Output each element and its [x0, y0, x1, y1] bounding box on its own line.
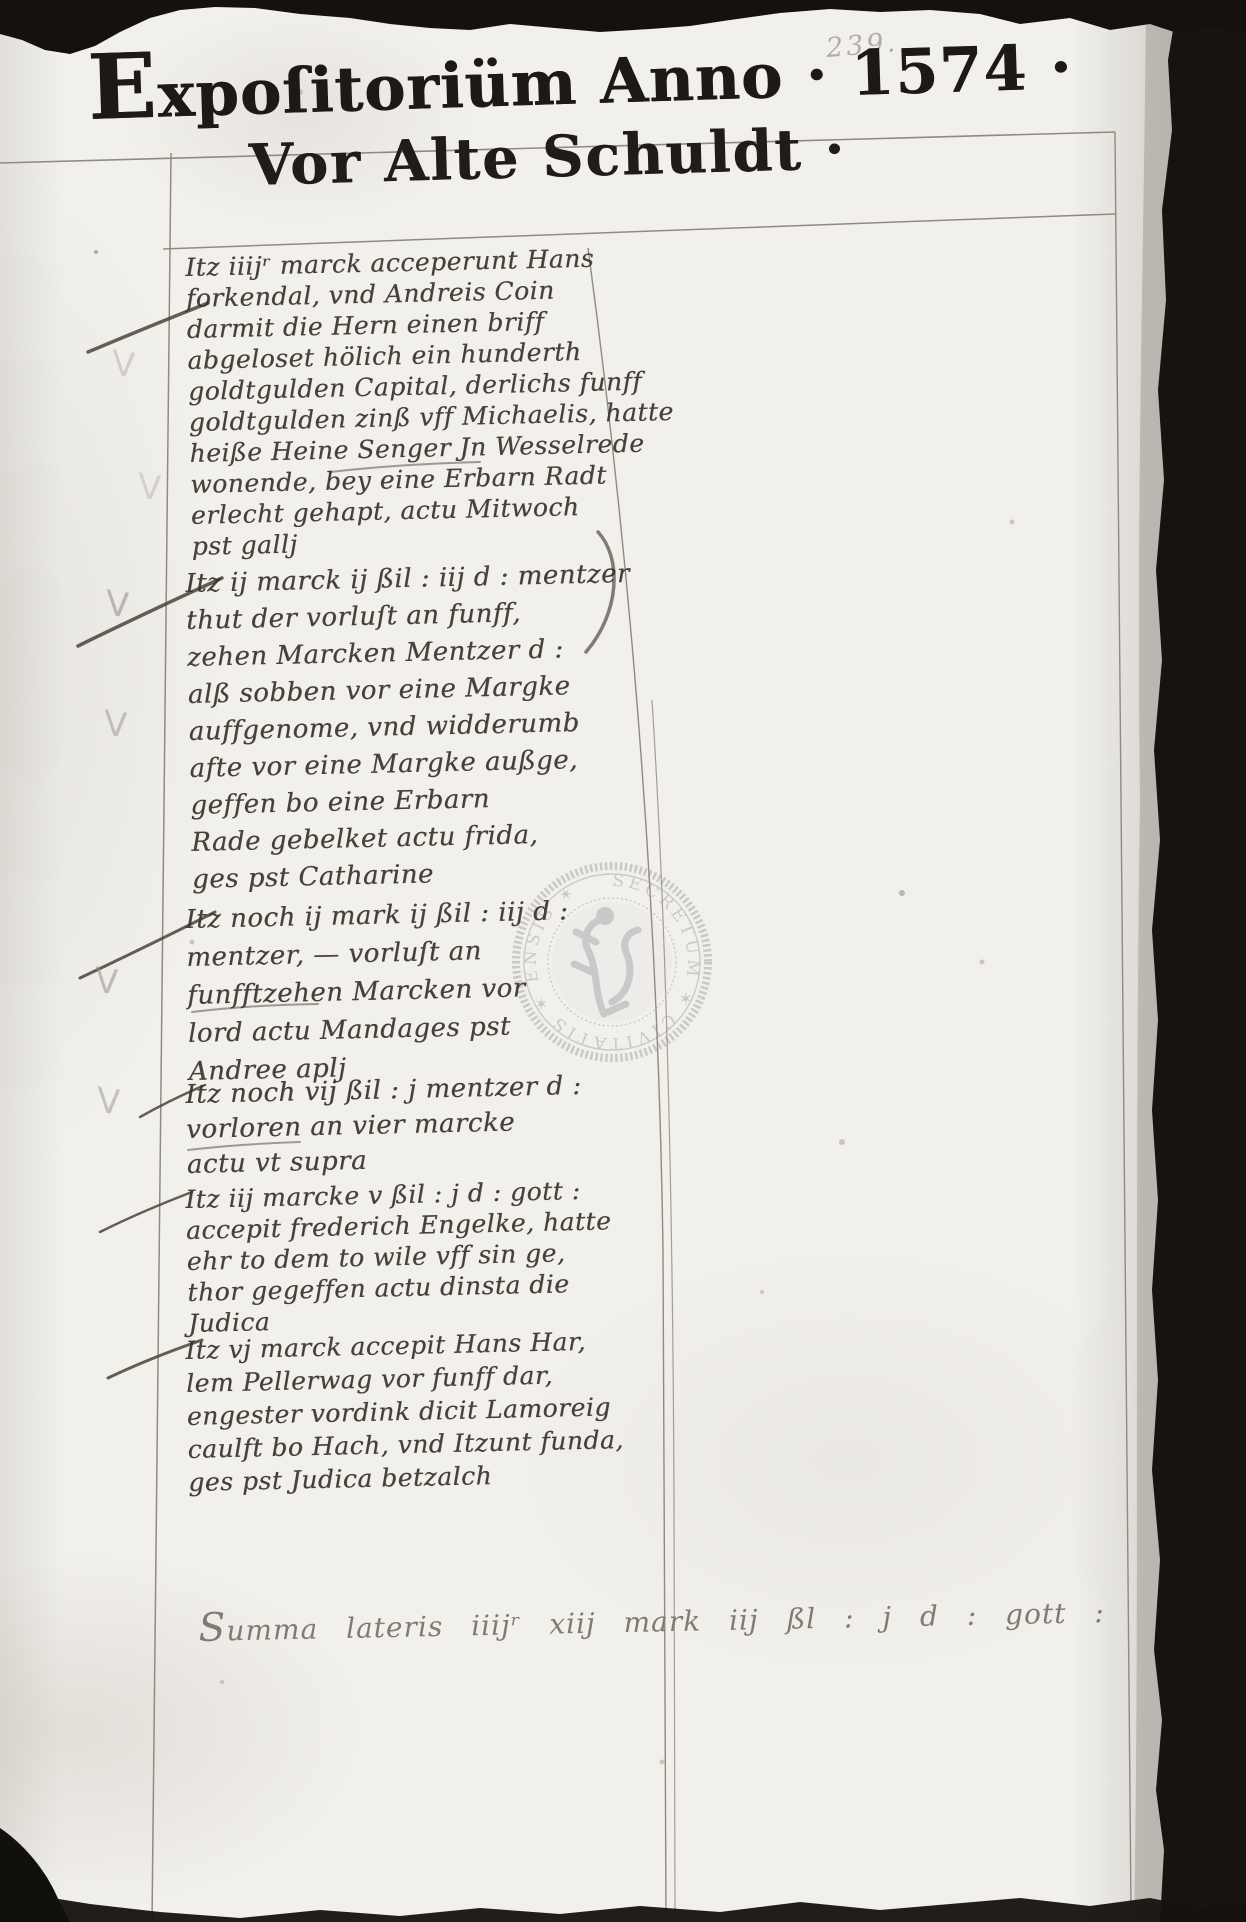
margin-checkmark-3: V: [106, 583, 130, 627]
margin-checkmark-6: V: [97, 1080, 121, 1124]
manuscript-page: SECRETUM ✶ CIVITATIS ✶ ENSIS ✶: [0, 0, 1246, 1922]
summary-line: Summa lateris iiijʳ xiij mark iij ßl : j…: [198, 1587, 1105, 1651]
column-rule-2: [652, 700, 675, 1915]
margin-checkmark-1: V: [112, 343, 136, 387]
margin-checkmark-4: V: [104, 703, 128, 747]
ledger-entry-6: Itz vj marck accepit Hans Har,lem Peller…: [185, 1324, 625, 1499]
seal-lion-rampant-icon: [574, 907, 638, 1014]
title-line-1: Expoſitoriüm Anno · 1574 ·: [86, 5, 1074, 141]
left-margin-rule: [152, 153, 171, 1922]
ledger-entry-1: Itz iiijʳ marck acceperunt Hansforkendal…: [185, 241, 677, 562]
margin-checkmark-2: V: [138, 466, 162, 510]
binding-shadow-fringe: [1134, 0, 1246, 1922]
bottom-left-corner-blob: [0, 1828, 70, 1922]
ledger-entry-4: Itz noch vij ßil : j mentzer d :vorloren…: [185, 1069, 584, 1183]
bottom-torn-edge: [0, 1896, 1246, 1922]
right-binding-edge: [1152, 0, 1246, 1922]
ledger-entry-3: Itz noch ij mark ij ßil : iij d :mentzer…: [185, 892, 572, 1091]
right-margin-rule: [1115, 132, 1131, 1908]
ledger-entry-5: Itz iij marcke v ßil : j d : gott :accep…: [185, 1174, 614, 1339]
ledger-entry-2: Itz ij marck ij ßil : iij d : mentzerthu…: [185, 556, 637, 899]
margin-checkmark-5: V: [95, 960, 119, 1004]
